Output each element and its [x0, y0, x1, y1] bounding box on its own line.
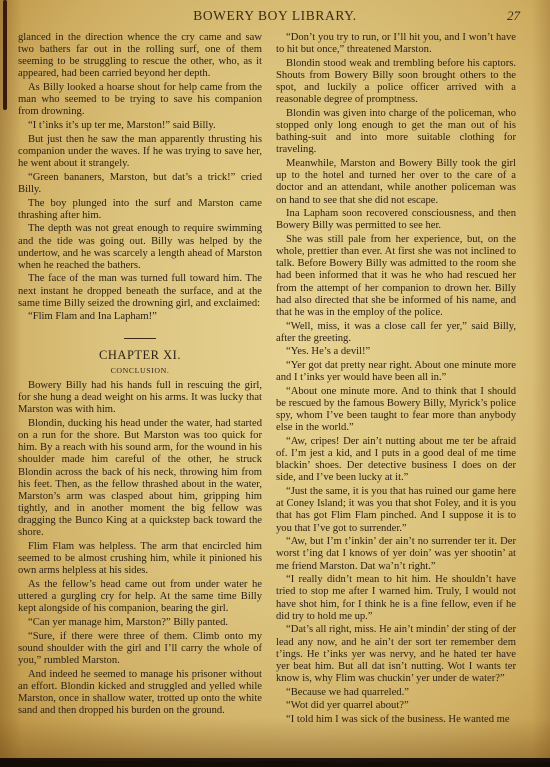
paragraph: But just then he saw the man apparently … [18, 134, 262, 170]
paragraph: The depth was not great enough to requir… [18, 223, 262, 272]
page-number: 27 [507, 8, 520, 24]
paragraph: She was still pale from her experience, … [276, 234, 516, 319]
paragraph: “Dat’s all right, miss. He ain’t mindin’… [276, 624, 516, 685]
chapter-title: CHAPTER XI. [18, 349, 262, 361]
paragraph: Blondin was given into charge of the pol… [276, 108, 516, 157]
right-column: “Don’t you try to run, or I’ll hit you, … [276, 32, 516, 728]
paragraph: “Don’t you try to run, or I’ll hit you, … [276, 32, 516, 56]
paragraph: Blondin stood weak and trembling before … [276, 58, 516, 107]
paragraph: Bowery Billy had his hands full in rescu… [18, 380, 262, 416]
paragraph: Ina Lapham soon recovered consciousness,… [276, 208, 516, 232]
paragraph: Meanwhile, Marston and Bowery Billy took… [276, 158, 516, 207]
paragraph: glanced in the direction whence the cry … [18, 32, 262, 81]
paragraph: “Green bananers, Marston, but dat’s a tr… [18, 172, 262, 196]
paragraph: “Can yer manage him, Marston?” Billy pan… [18, 617, 262, 629]
paragraph: The boy plunged into the surf and Marsto… [18, 198, 262, 222]
left-column: glanced in the direction whence the cry … [18, 32, 262, 719]
paragraph: The face of the man was turned full towa… [18, 273, 262, 309]
paragraph: “Sure, if there were three of them. Clim… [18, 631, 262, 667]
section-divider [124, 338, 156, 339]
paragraph: “Aw, cripes! Der ain’t nutting about me … [276, 436, 516, 485]
book-page: BOWERY BOY LIBRARY. 27 glanced in the di… [0, 0, 550, 758]
paragraph: “Wot did yer quarrel about?” [276, 700, 516, 712]
paragraph: And indeed he seemed to manage his priso… [18, 669, 262, 718]
paragraph: “Yer got dat pretty near right. About on… [276, 360, 516, 384]
paragraph: “Just the same, it is you that has ruine… [276, 486, 516, 535]
running-header: BOWERY BOY LIBRARY. [0, 8, 550, 24]
paragraph: “I t’inks it’s up ter me, Marston!” said… [18, 120, 262, 132]
paragraph: “About one minute more. And to think tha… [276, 386, 516, 435]
paragraph: “Flim Flam and Ina Lapham!” [18, 311, 262, 323]
paragraph: “Because we had quarreled.” [276, 687, 516, 699]
paragraph: “I really didn’t mean to hit him. He sho… [276, 574, 516, 623]
paragraph: “Aw, but I’m t’inkin’ der ain’t no surre… [276, 536, 516, 572]
chapter-subtitle: CONCLUSION. [18, 365, 262, 377]
paragraph: Flim Flam was helpless. The arm that enc… [18, 541, 262, 577]
paragraph: “I told him I was sick of the business. … [276, 714, 516, 726]
paragraph: “Yes. He’s a devil!” [276, 346, 516, 358]
paragraph: Blondin, ducking his head under the wate… [18, 418, 262, 540]
paragraph: As Billy looked a hoarse shout for help … [18, 82, 262, 118]
paragraph: “Well, miss, it was a close call fer yer… [276, 321, 516, 345]
paragraph: As the fellow’s head came out from under… [18, 579, 262, 615]
